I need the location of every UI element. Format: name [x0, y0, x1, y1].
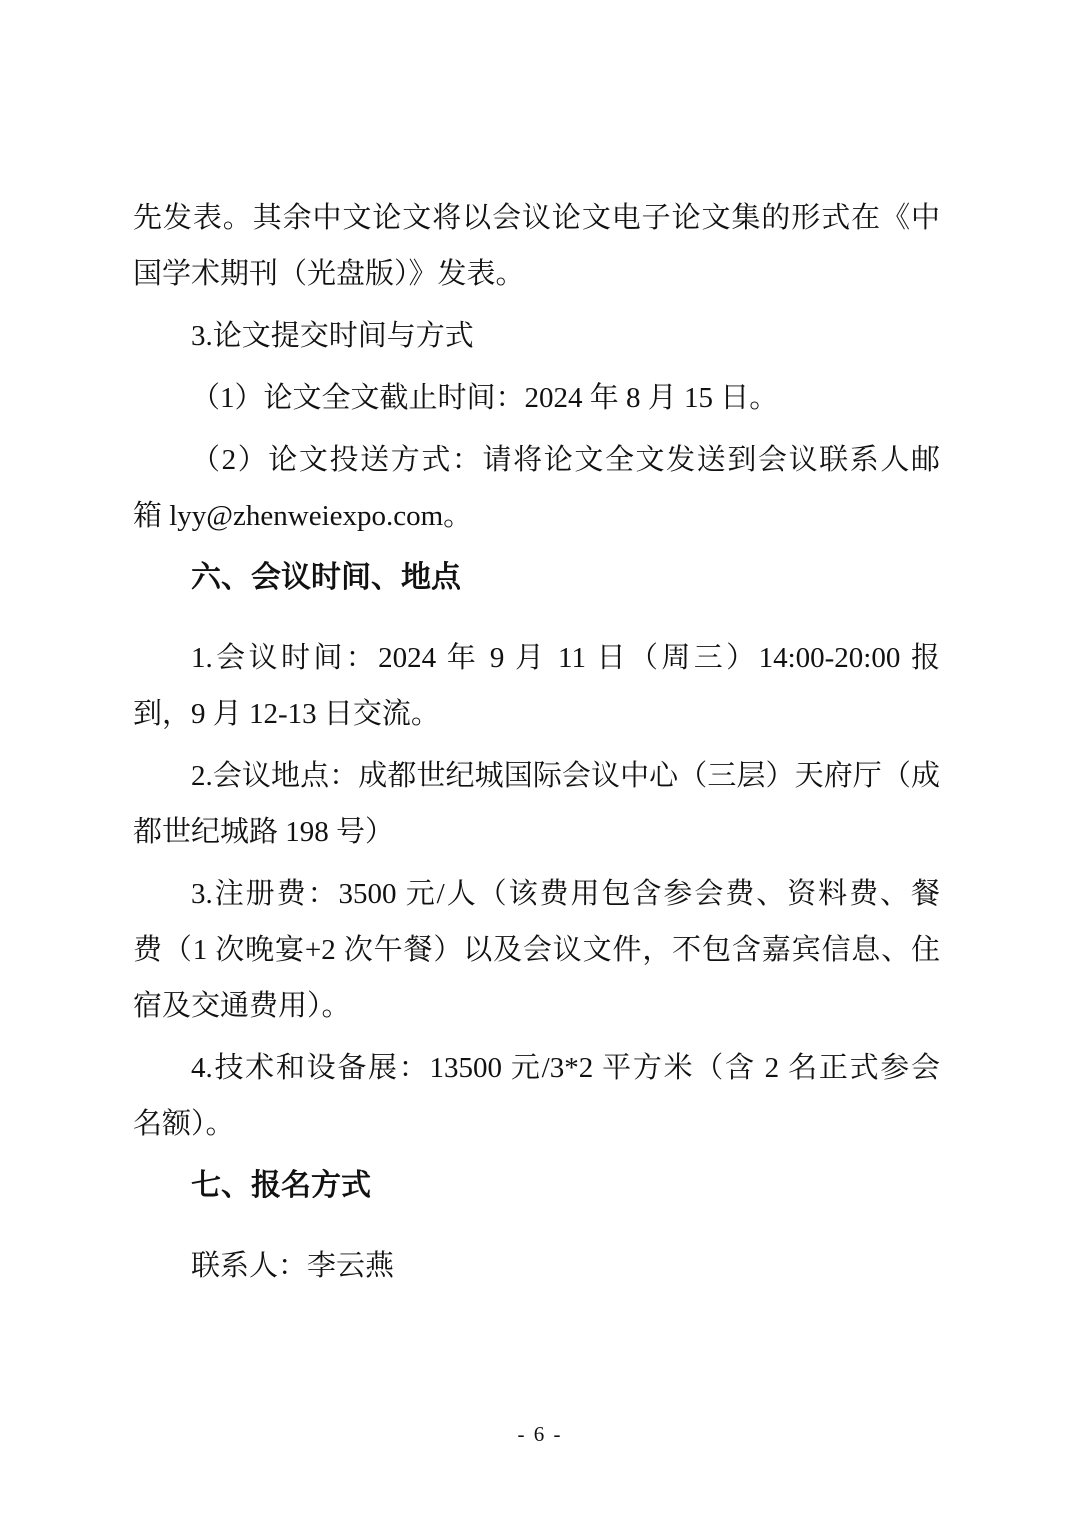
section-heading: 七、报名方式	[133, 1158, 940, 1214]
paragraph: 3.注册费：3500 元/人（该费用包含参会费、资料费、餐费（1 次晚宴+2 次…	[133, 866, 940, 1034]
text-line: 3.论文提交时间与方式	[133, 308, 940, 364]
text-line: 3.注册费：3500 元/人（该费用包含参会费、资料费、餐	[133, 866, 940, 922]
text-line: 箱 lyy@zhenweiexpo.com。	[133, 488, 940, 544]
paragraph: 先发表。其余中文论文将以会议论文电子论文集的形式在《中国学术期刊（光盘版）》发表…	[133, 190, 940, 302]
paragraph: 1.会议时间：2024 年 9 月 11 日（周三）14:00-20:00 报到…	[133, 630, 940, 742]
text-line: 国学术期刊（光盘版）》发表。	[133, 246, 940, 302]
text-line: 1.会议时间：2024 年 9 月 11 日（周三）14:00-20:00 报	[133, 630, 940, 686]
text-line: 费（1 次晚宴+2 次午餐）以及会议文件，不包含嘉宾信息、住	[133, 922, 940, 978]
text-line: （1）论文全文截止时间：2024 年 8 月 15 日。	[133, 370, 940, 426]
page-number: - 6 -	[0, 1406, 1080, 1462]
text-line: 六、会议时间、地点	[133, 550, 940, 606]
text-line: 宿及交通费用）。	[133, 978, 940, 1034]
document-page: 先发表。其余中文论文将以会议论文电子论文集的形式在《中国学术期刊（光盘版）》发表…	[0, 0, 1080, 1527]
text-line: 联系人：李云燕	[133, 1238, 940, 1294]
text-line: 4.技术和设备展：13500 元/3*2 平方米（含 2 名正式参会	[133, 1040, 940, 1096]
text-line: 名额）。	[133, 1096, 940, 1152]
paragraph: 3.论文提交时间与方式	[133, 308, 940, 364]
text-line: 到，9 月 12-13 日交流。	[133, 686, 940, 742]
document-body: 先发表。其余中文论文将以会议论文电子论文集的形式在《中国学术期刊（光盘版）》发表…	[133, 190, 940, 1294]
paragraph: 4.技术和设备展：13500 元/3*2 平方米（含 2 名正式参会名额）。	[133, 1040, 940, 1152]
text-line: 2.会议地点：成都世纪城国际会议中心（三层）天府厅（成	[133, 748, 940, 804]
paragraph: （2）论文投送方式：请将论文全文发送到会议联系人邮箱 lyy@zhenweiex…	[133, 432, 940, 544]
text-line: （2）论文投送方式：请将论文全文发送到会议联系人邮	[133, 432, 940, 488]
text-line: 都世纪城路 198 号）	[133, 804, 940, 860]
paragraph: 联系人：李云燕	[133, 1238, 940, 1294]
paragraph: 2.会议地点：成都世纪城国际会议中心（三层）天府厅（成都世纪城路 198 号）	[133, 748, 940, 860]
text-line: 七、报名方式	[133, 1158, 940, 1214]
paragraph: （1）论文全文截止时间：2024 年 8 月 15 日。	[133, 370, 940, 426]
section-heading: 六、会议时间、地点	[133, 550, 940, 606]
text-line: 先发表。其余中文论文将以会议论文电子论文集的形式在《中	[133, 190, 940, 246]
